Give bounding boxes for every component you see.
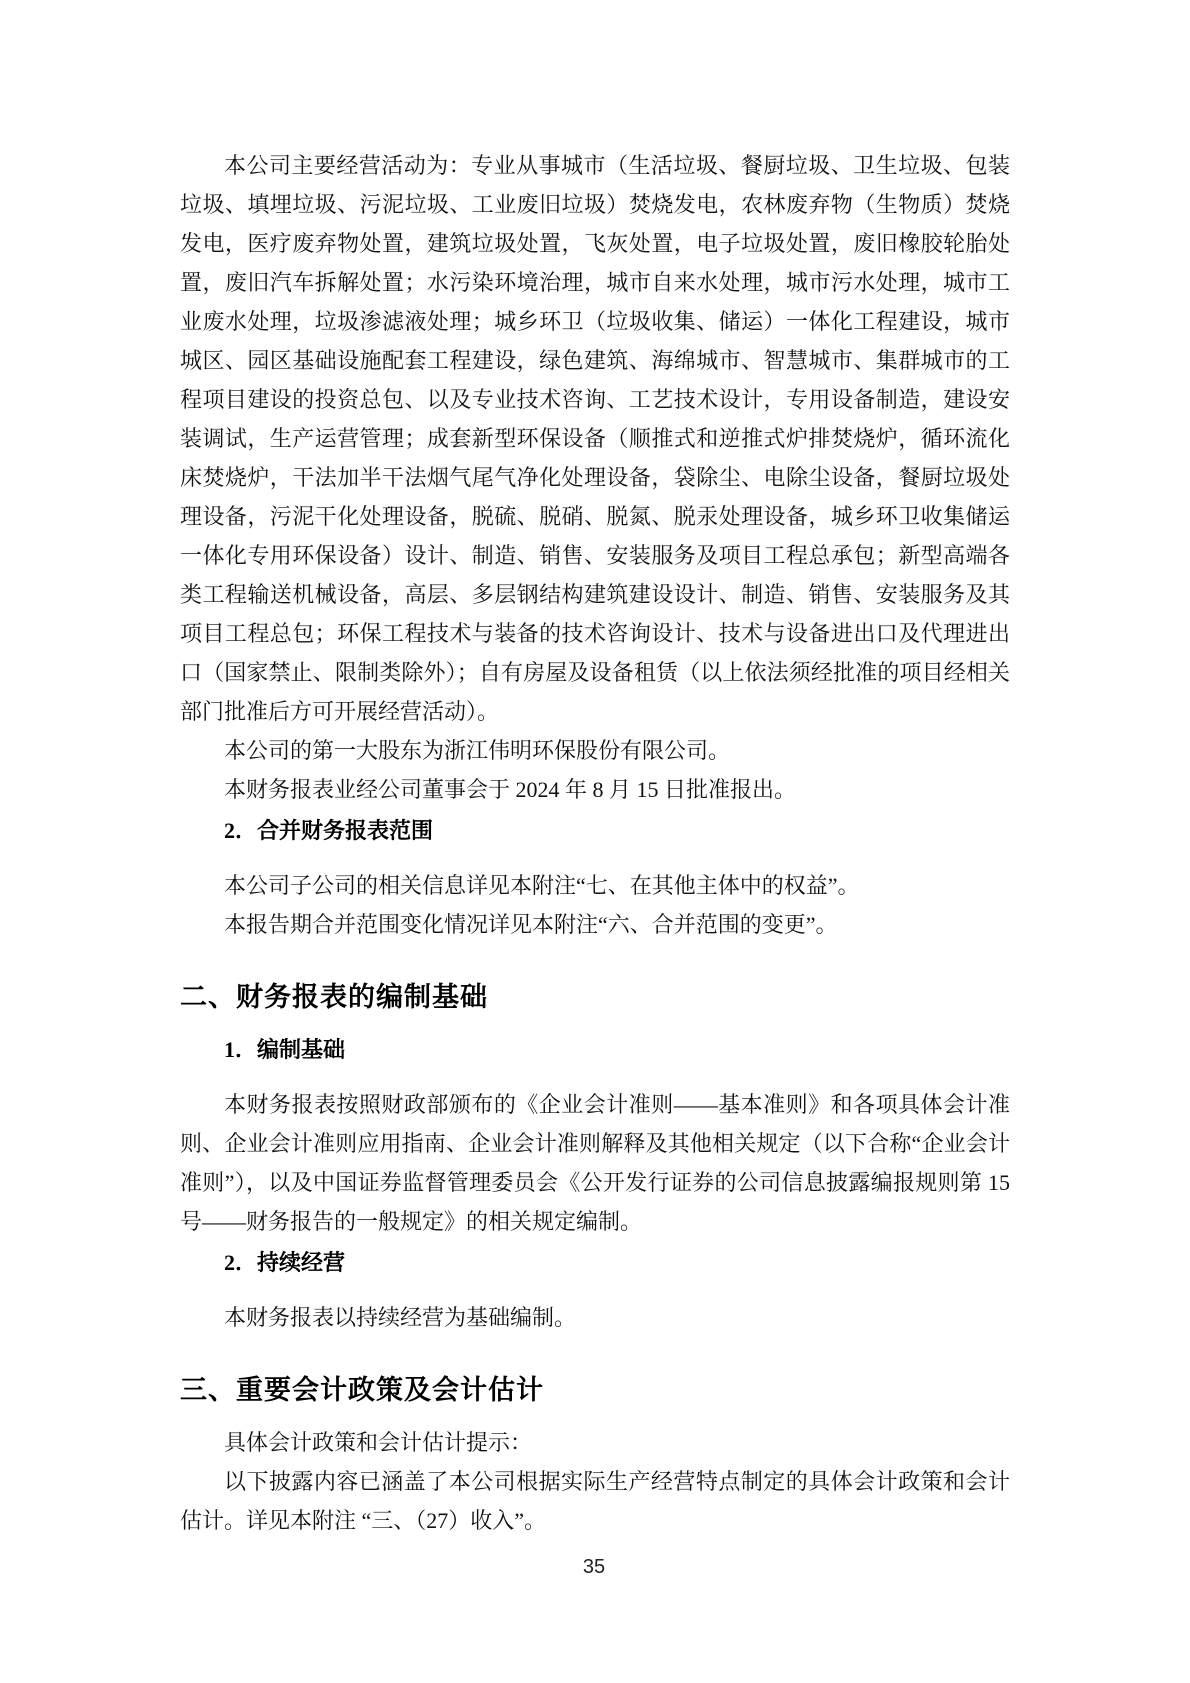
paragraph-subsidiaries-note: 本公司子公司的相关信息详见本附注“七、在其他主体中的权益”。 xyxy=(180,866,1010,905)
document-page: 本公司主要经营活动为：专业从事城市（生活垃圾、餐厨垃圾、卫生垃圾、包装垃圾、填埋… xyxy=(0,0,1190,1683)
heading-section-three: 三、重要会计政策及会计估计 xyxy=(180,1369,1010,1411)
page-number: 35 xyxy=(0,1556,1188,1579)
heading-consolidation-scope: 2．合并财务报表范围 xyxy=(180,811,1010,850)
paragraph-largest-shareholder: 本公司的第一大股东为浙江伟明环保股份有限公司。 xyxy=(180,731,1010,770)
paragraph-policy-coverage: 以下披露内容已涵盖了本公司根据实际生产经营特点制定的具体会计政策和会计估计。详见… xyxy=(180,1462,1010,1540)
paragraph-policy-hint: 具体会计政策和会计估计提示： xyxy=(180,1423,1010,1462)
paragraph-approval-date: 本财务报表业经公司董事会于 2024 年 8 月 15 日批准报出。 xyxy=(180,770,1010,809)
heading-going-concern: 2．持续经营 xyxy=(180,1243,1010,1282)
paragraph-preparation-basis: 本财务报表按照财政部颁布的《企业会计准则——基本准则》和各项具体会计准则、企业会… xyxy=(180,1085,1010,1241)
paragraph-going-concern: 本财务报表以持续经营为基础编制。 xyxy=(180,1298,1010,1337)
page-content: 本公司主要经营活动为：专业从事城市（生活垃圾、餐厨垃圾、卫生垃圾、包装垃圾、填埋… xyxy=(180,146,1010,1540)
paragraph-business-scope: 本公司主要经营活动为：专业从事城市（生活垃圾、餐厨垃圾、卫生垃圾、包装垃圾、填埋… xyxy=(180,146,1010,731)
heading-preparation-basis: 1．编制基础 xyxy=(180,1030,1010,1069)
heading-section-two: 二、财务报表的编制基础 xyxy=(180,976,1010,1018)
paragraph-scope-change-note: 本报告期合并范围变化情况详见本附注“六、合并范围的变更”。 xyxy=(180,905,1010,944)
